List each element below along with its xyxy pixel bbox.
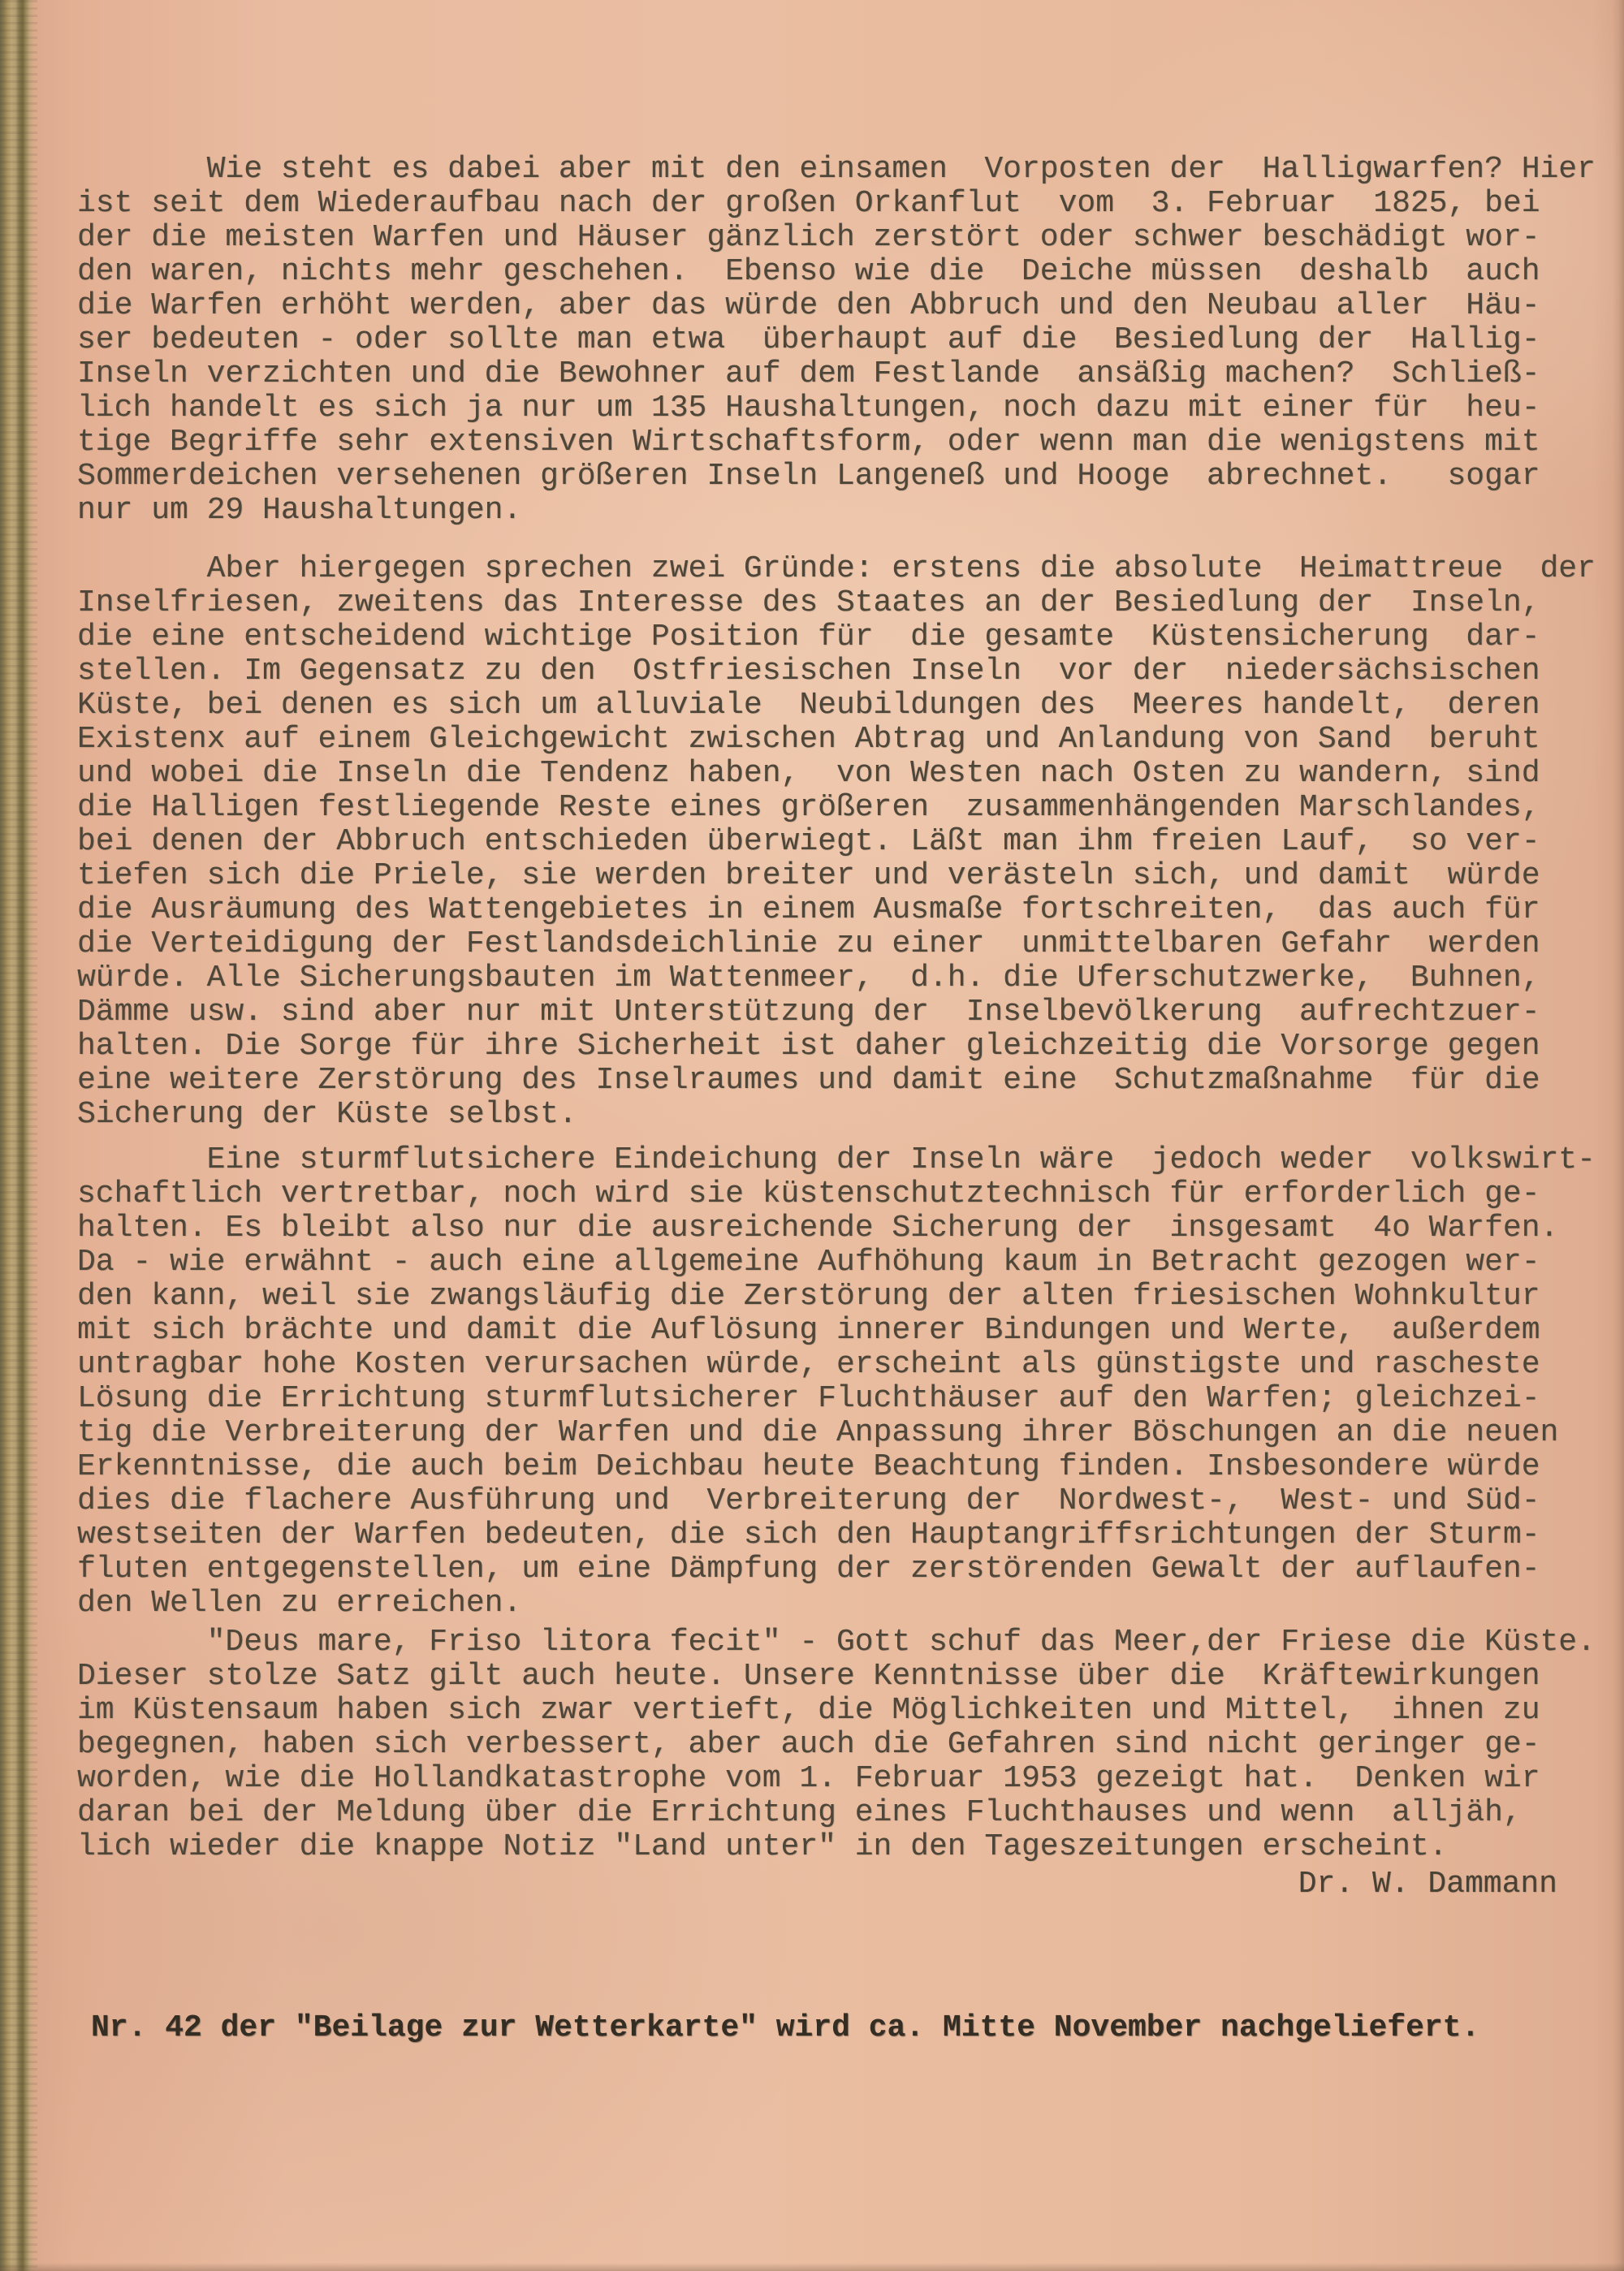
text-line: Erkenntnisse, die auch beim Deichbau heu… [77, 1450, 1596, 1484]
text-line: Dämme usw. sind aber nur mit Unterstützu… [77, 995, 1596, 1030]
text-line: untragbar hohe Kosten verursachen würde,… [77, 1348, 1596, 1382]
paragraph: Eine sturmflutsichere Eindeichung der In… [77, 1143, 1596, 1621]
author-signature: Dr. W. Dammann [1298, 1867, 1557, 1902]
text-line: lich handelt es sich ja nur um 135 Haush… [77, 391, 1596, 425]
text-line: die Verteidigung der Festlandsdeichlinie… [77, 927, 1596, 961]
text-line: "Deus mare, Friso litora fecit" - Gott s… [77, 1626, 1596, 1660]
text-line: den Wellen zu erreichen. [77, 1587, 1596, 1621]
text-line: der die meisten Warfen und Häuser gänzli… [77, 221, 1596, 255]
text-line: stellen. Im Gegensatz zu den Ostfriesisc… [77, 654, 1596, 689]
text-line: den waren, nichts mehr geschehen. Ebenso… [77, 255, 1596, 289]
text-line: ist seit dem Wiederaufbau nach der große… [77, 187, 1596, 221]
text-line: lich wieder die knappe Notiz "Land unter… [77, 1830, 1596, 1864]
paragraph: Aber hiergegen sprechen zwei Gründe: ers… [77, 552, 1596, 1132]
paragraph: Wie steht es dabei aber mit den einsamen… [77, 153, 1596, 528]
text-line: Existenx auf einem Gleichgewicht zwische… [77, 723, 1596, 757]
scanned-document-page: Wie steht es dabei aber mit den einsamen… [0, 0, 1624, 2271]
text-line: Küste, bei denen es sich um alluviale Ne… [77, 689, 1596, 723]
text-line: den kann, weil sie zwangsläufig die Zers… [77, 1280, 1596, 1314]
text-line: Da - wie erwähnt - auch eine allgemeine … [77, 1246, 1596, 1280]
text-line: halten. Es bleibt also nur die ausreiche… [77, 1211, 1596, 1246]
paragraph: "Deus mare, Friso litora fecit" - Gott s… [77, 1626, 1596, 1864]
text-line: Eine sturmflutsichere Eindeichung der In… [77, 1143, 1596, 1177]
text-line: Aber hiergegen sprechen zwei Gründe: ers… [77, 552, 1596, 586]
text-line: Wie steht es dabei aber mit den einsamen… [77, 153, 1596, 187]
text-line: im Küstensaum haben sich zwar vertieft, … [77, 1694, 1596, 1728]
text-line: die Halligen festliegende Reste eines gr… [77, 791, 1596, 825]
text-line: die eine entscheidend wichtige Position … [77, 620, 1596, 654]
text-line: begegnen, haben sich verbessert, aber au… [77, 1728, 1596, 1762]
text-line: fluten entgegenstellen, um eine Dämpfung… [77, 1552, 1596, 1587]
text-line: schaftlich vertretbar, noch wird sie küs… [77, 1177, 1596, 1211]
text-line: mit sich brächte und damit die Auflösung… [77, 1314, 1596, 1348]
text-line: Sommerdeichen versehenen größeren Inseln… [77, 460, 1596, 494]
text-line: und wobei die Inseln die Tendenz haben, … [77, 757, 1596, 791]
text-line: ser bedeuten - oder sollte man etwa über… [77, 323, 1596, 357]
text-line: Inselfriesen, zweitens das Interesse des… [77, 586, 1596, 620]
text-line: Inseln verzichten und die Bewohner auf d… [77, 357, 1596, 391]
text-line: die Ausräumung des Wattengebietes in ein… [77, 893, 1596, 927]
document-text: Wie steht es dabei aber mit den einsamen… [0, 0, 1624, 2271]
text-line: eine weitere Zerstörung des Inselraumes … [77, 1064, 1596, 1098]
text-line: worden, wie die Hollandkatastrophe vom 1… [77, 1762, 1596, 1796]
text-line: bei denen der Abbruch entschieden überwi… [77, 825, 1596, 859]
text-line: tig die Verbreiterung der Warfen und die… [77, 1416, 1596, 1450]
text-line: westseiten der Warfen bedeuten, die sich… [77, 1518, 1596, 1552]
footer-note: Nr. 42 der "Beilage zur Wetterkarte" wir… [91, 2010, 1479, 2046]
text-line: tiefen sich die Priele, sie werden breit… [77, 859, 1596, 893]
text-line: nur um 29 Haushaltungen. [77, 494, 1596, 528]
text-line: Sicherung der Küste selbst. [77, 1098, 1596, 1132]
text-line: würde. Alle Sicherungsbauten im Wattenme… [77, 961, 1596, 995]
text-line: halten. Die Sorge für ihre Sicherheit is… [77, 1030, 1596, 1064]
text-line: daran bei der Meldung über die Errichtun… [77, 1796, 1596, 1830]
text-line: Dieser stolze Satz gilt auch heute. Unse… [77, 1660, 1596, 1694]
text-line: die Warfen erhöht werden, aber das würde… [77, 289, 1596, 323]
text-line: dies die flachere Ausführung und Verbrei… [77, 1484, 1596, 1518]
text-line: Lösung die Errichtung sturmflutsicherer … [77, 1382, 1596, 1416]
text-line: tige Begriffe sehr extensiven Wirtschaft… [77, 425, 1596, 460]
